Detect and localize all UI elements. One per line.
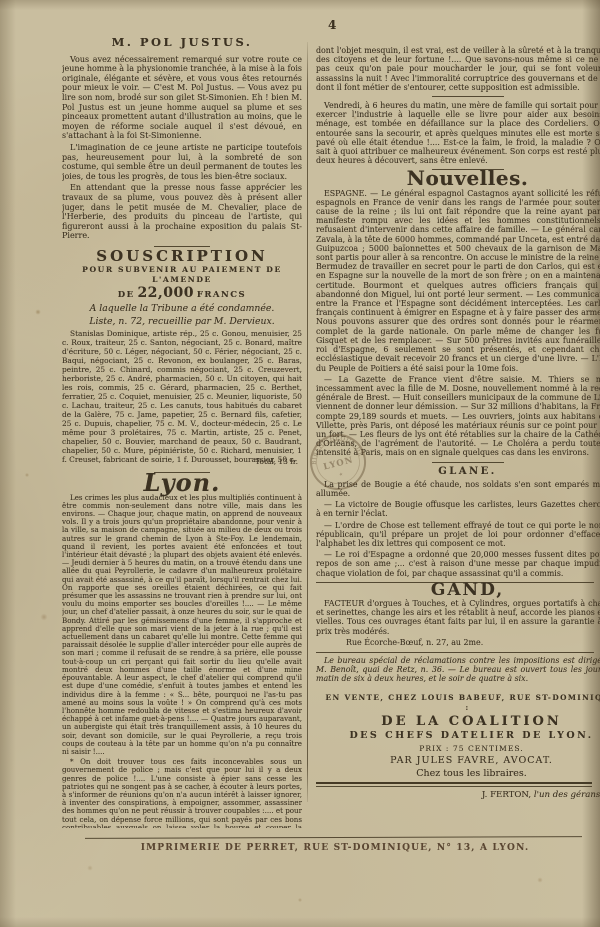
- edge-shadow-top: [0, 0, 600, 10]
- glane-item: — Le roi d'Espagne a ordonné que 20,000 …: [316, 550, 600, 578]
- page-number: 4: [328, 18, 336, 32]
- gand-title: GAND,: [316, 586, 600, 595]
- souscription-subtitle: POUR SUBVENIR AU PAIEMENT DE L'AMENDE: [62, 265, 302, 284]
- glane-title: GLANE.: [316, 467, 600, 476]
- article-paragraph: Vous avez nécessairement remarqué sur vo…: [62, 55, 302, 141]
- gerant-signature: J. FERTON, l'un des gérans.: [316, 791, 600, 800]
- signature-rule: [316, 782, 592, 787]
- glane-item: — La victoire de Bougie offusque les car…: [316, 500, 600, 518]
- bureau-paragraph: Le bureau spécial de réclamations contre…: [316, 656, 600, 684]
- left-column: M. POL JUSTUS. Vous avez nécessairement …: [62, 36, 302, 828]
- coalition-price: PRIX : 75 CENTIMES.: [316, 744, 600, 753]
- nouvelles-title: Nouvelles.: [316, 174, 600, 183]
- section-rule-full: [316, 652, 594, 653]
- column-divider-rule: [307, 42, 308, 802]
- amount-prefix: DE: [118, 290, 135, 300]
- article-title-pol-justus: M. POL JUSTUS.: [62, 38, 302, 48]
- glane-item: La prise de Bougie a été chaude, nos sol…: [316, 480, 600, 498]
- coalition-title: DE LA COALITION: [316, 717, 600, 726]
- nouvelles-paragraph: — La Gazette de France vient d'être sais…: [316, 375, 600, 458]
- right-column-inner: dont l'objet mesquin, il est vrai, est d…: [316, 46, 600, 800]
- signature-name: J. FERTON,: [482, 790, 531, 800]
- signature-role: l'un des gérans.: [534, 790, 600, 800]
- right-column: dont l'objet mesquin, il est vrai, est d…: [316, 36, 600, 828]
- coalition-subtitle: DES CHEFS DATELIER DE LYON.: [316, 731, 600, 740]
- en-vente-header: EN VENTE, CHEZ LOUIS BABEUF, RUE ST-DOMI…: [316, 693, 600, 711]
- section-rule: [432, 462, 504, 463]
- nouvelles-paragraph: ESPAGNE. — Le général espagnol Castagnos…: [316, 189, 600, 373]
- amount-value: 22,000: [137, 285, 194, 301]
- article-paragraph: En attendant que la presse nous fasse ap…: [62, 183, 302, 241]
- lyon-paragraph: Les crimes les plus audacieux et les plu…: [62, 494, 302, 757]
- glane-item: — L'ordre de Chose est tellement effrayé…: [316, 521, 600, 549]
- souscription-amount-line: DE 22,000 FRANCS: [62, 289, 302, 301]
- subscriber-list: Stanislas Dominique, artiste rép., 25 c.…: [62, 329, 302, 464]
- section-rule: [432, 96, 504, 97]
- article-paragraph: L'imagination de ce jeune artiste ne par…: [62, 143, 302, 181]
- lyon-paragraph: * On doit trouver tous ces faits inconce…: [62, 758, 302, 828]
- continuation-paragraph: dont l'objet mesquin, il est vrai, est d…: [316, 46, 600, 92]
- footer-rule: [85, 836, 582, 839]
- amount-unit: FRANCS: [197, 290, 246, 300]
- gand-paragraph: FACTEUR d'orgues à Touches, et à Cylindr…: [316, 599, 600, 636]
- souscription-title: SOUSCRIPTION: [62, 252, 302, 262]
- souscription-list-line: Liste, n. 72, recueillie par M. Dervieux…: [62, 317, 302, 327]
- coalition-author: PAR JULES FAVRE, AVOCAT.: [316, 756, 600, 765]
- lyon-section-title: Lyon.: [62, 478, 302, 488]
- souscription-condemned-line: A laquelle la Tribune a été condamnée.: [62, 304, 302, 314]
- edge-shadow-left: [0, 0, 16, 927]
- edge-shadow-bottom: [0, 917, 600, 927]
- coalition-sellers: Chez tous les libraires.: [316, 769, 600, 778]
- gand-address: Rue Écorche-Bœuf, n. 27, au 2me.: [316, 638, 600, 648]
- printer-imprint: IMPRIMERIE DE PERRET, RUE ST-DOMINIQUE, …: [90, 843, 580, 853]
- vendredi-paragraph: Vendredi, à 6 heures du matin, une mère …: [316, 101, 600, 165]
